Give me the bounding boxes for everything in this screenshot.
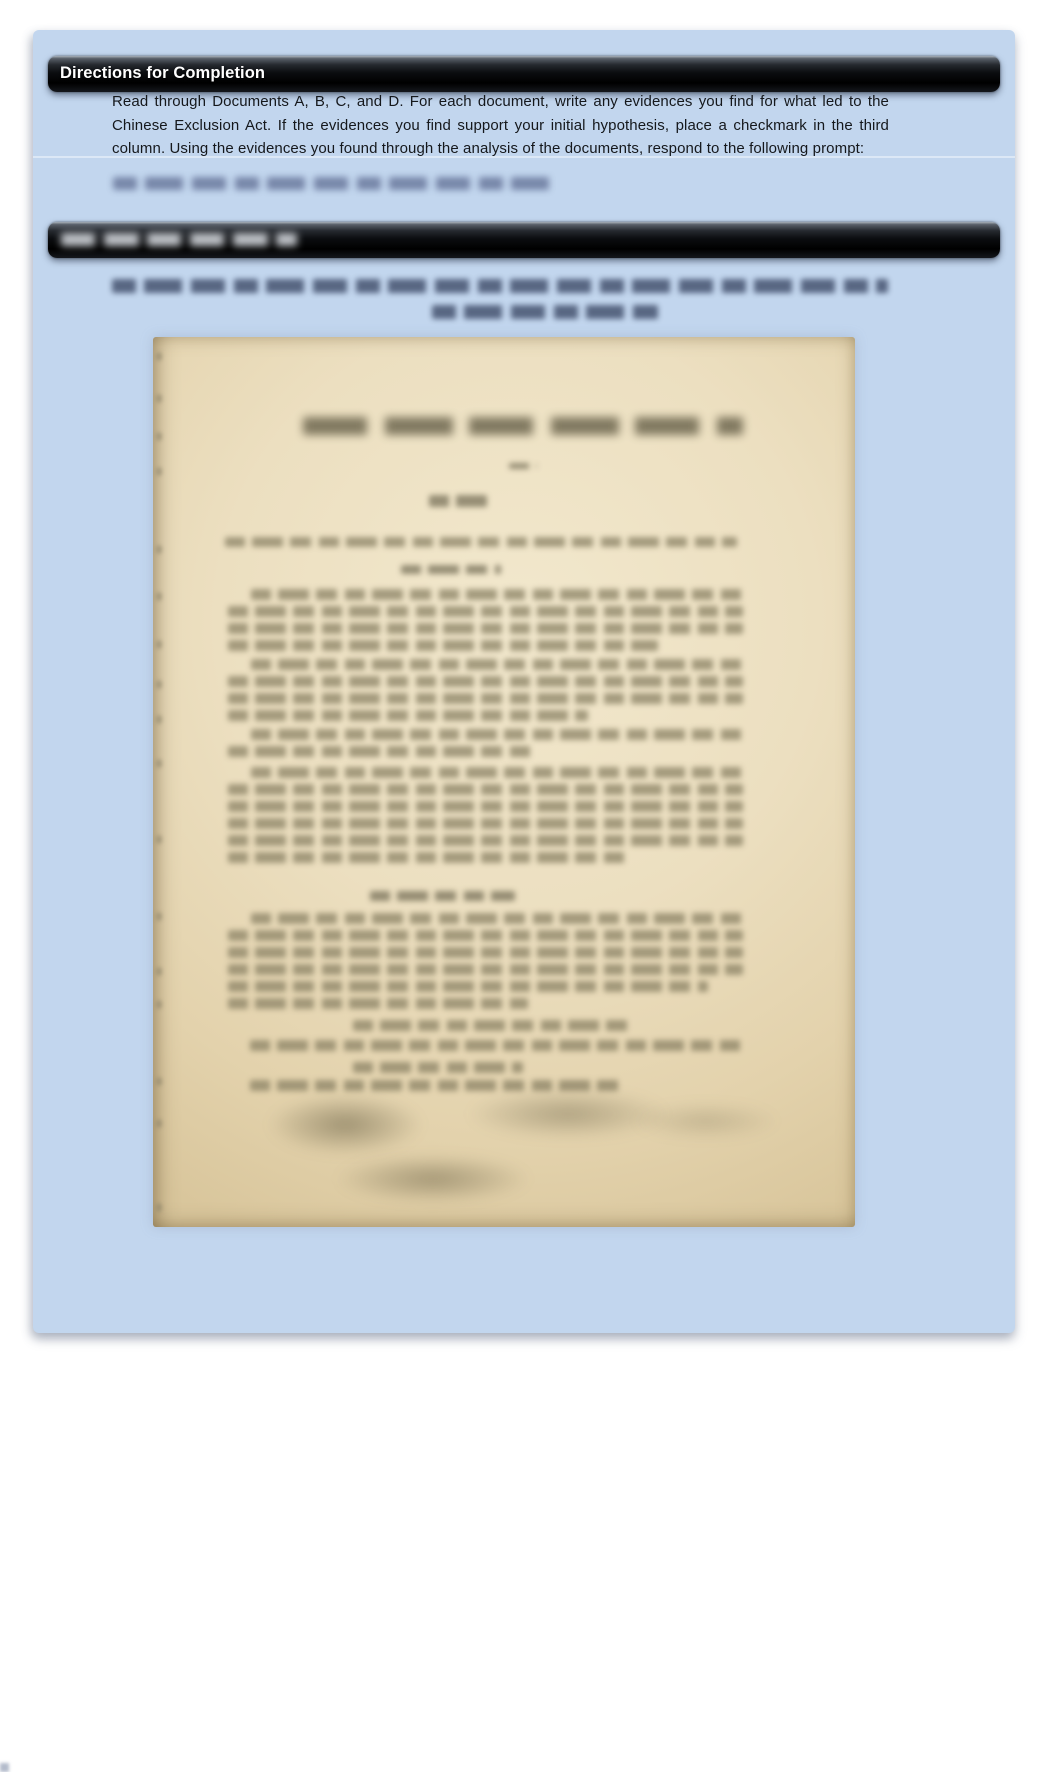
section-header-document: [48, 222, 1000, 258]
scan-margin-mark: [156, 352, 162, 361]
section-header-document-label-blurred: [61, 233, 297, 246]
scan-text-line: [228, 981, 708, 992]
scan-margin-mark: [156, 715, 162, 724]
scan-margin-mark: [156, 640, 162, 649]
scan-text-line: [228, 746, 533, 757]
section-header-directions: Directions for Completion: [48, 56, 1000, 92]
scan-text-line: [228, 998, 528, 1009]
scan-text-line: [228, 964, 743, 975]
scan-text-line: [228, 784, 743, 795]
scan-margin-mark: [156, 592, 162, 601]
scan-text-line: [251, 589, 743, 600]
scan-text-line: [228, 693, 743, 704]
scan-text-line: [228, 623, 743, 634]
scan-text-line: [303, 417, 743, 435]
scan-margin-mark: [156, 394, 162, 403]
page: Directions for Completion Read through D…: [0, 0, 1062, 1772]
scan-margin-mark: [156, 1000, 162, 1009]
scan-text-line: [353, 1020, 633, 1031]
scan-text-line: [228, 852, 628, 863]
scan-margin-mark: [156, 545, 162, 554]
scan-margin-mark: [156, 680, 162, 689]
page-corner-mark: [0, 1763, 9, 1772]
section-header-directions-label: Directions for Completion: [48, 56, 1000, 91]
scan-text-line: [429, 495, 487, 507]
scan-margin-mark: [156, 835, 162, 844]
scan-text-line: [228, 640, 658, 651]
scan-text-line: [251, 913, 743, 924]
directions-paragraph: Read through Documents A, B, C, and D. F…: [112, 90, 889, 161]
scan-text-line: [509, 463, 537, 469]
scan-text-line: [353, 1062, 523, 1073]
scan-text-line: [228, 710, 588, 721]
scan-margin-mark: [156, 1077, 162, 1086]
scan-text-line: [228, 947, 743, 958]
scan-smudge: [298, 1145, 568, 1213]
scan-text-line: [228, 835, 743, 846]
scan-text-line: [228, 606, 743, 617]
scan-margin-mark: [156, 967, 162, 976]
scan-text-line: [225, 537, 737, 547]
scan-text-line: [251, 729, 743, 740]
scan-text-line: [401, 565, 501, 574]
scan-margin-mark: [156, 759, 162, 768]
scan-text-line: [228, 818, 743, 829]
scan-margin-mark: [156, 432, 162, 441]
scanned-document-image: [153, 337, 855, 1227]
scan-margin-mark: [156, 912, 162, 921]
scan-margin-mark: [156, 467, 162, 476]
blurred-intro-line-1: [112, 279, 888, 293]
blurred-prompt-line: [113, 177, 555, 190]
scan-margin-mark: [156, 1203, 162, 1212]
scan-text-line: [228, 930, 743, 941]
blurred-intro-line-2: [432, 305, 658, 319]
scan-text-line: [251, 767, 743, 778]
scan-smudge: [603, 1095, 808, 1147]
scan-text-line: [251, 659, 743, 670]
scan-text-line: [250, 1040, 745, 1051]
scan-margin-mark: [156, 1119, 162, 1128]
scan-text-line: [228, 676, 743, 687]
scan-text-line: [228, 801, 743, 812]
scan-text-line: [370, 891, 515, 901]
